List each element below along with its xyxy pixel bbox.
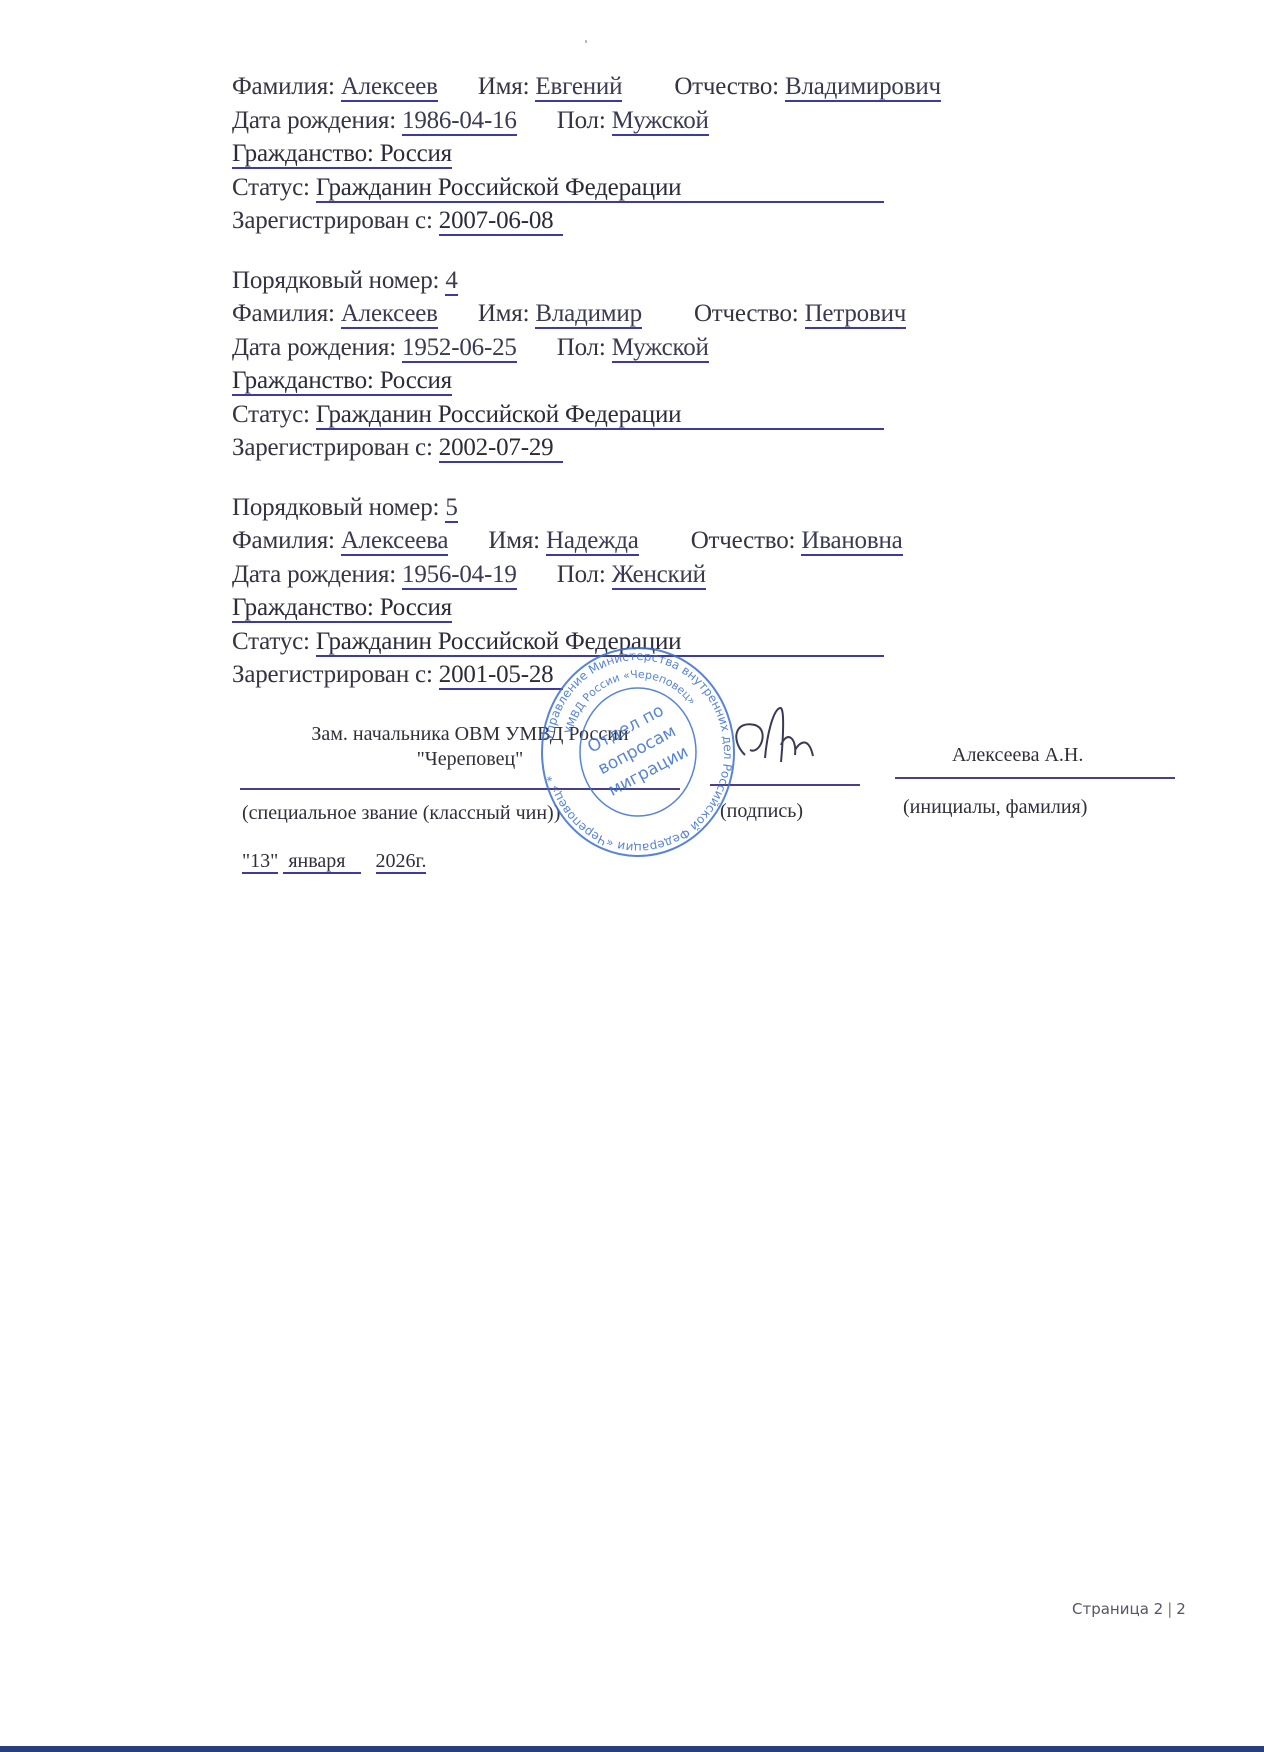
status-line: Статус: Гражданин Российской Федерации (232, 171, 1052, 205)
birth-line: Дата рождения: 1952-06-25 Пол: Мужской (232, 331, 1052, 365)
surname-label: Фамилия: (232, 300, 335, 327)
sex-value: Женский (612, 561, 706, 590)
name-line: Фамилия: Алексеев Имя: Владимир Отчество… (232, 297, 1052, 331)
number-line: Порядковый номер: 4 (232, 264, 1052, 298)
signature-icon (725, 700, 835, 780)
number-label: Порядковый номер: (232, 494, 439, 521)
sex-value: Мужской (612, 334, 709, 363)
status-label: Статус: (232, 628, 310, 655)
birth-line: Дата рождения: 1956-04-19 Пол: Женский (232, 558, 1052, 592)
surname-value: Алексеева (341, 527, 449, 556)
page-separator: | (1167, 1600, 1172, 1618)
page-number: Страница 2|2 (1072, 1600, 1186, 1618)
registered-value: 2002-07-29 (439, 435, 564, 463)
number-line: Порядковый номер: 5 (232, 491, 1052, 525)
patronymic-label: Отчество: (694, 300, 799, 327)
record-4: Порядковый номер: 4 Фамилия: Алексеев Им… (232, 264, 1052, 465)
number-value: 4 (445, 267, 457, 296)
birth-label: Дата рождения: (232, 334, 396, 361)
registered-value: 2007-06-08 (439, 208, 564, 236)
patronymic-value: Ивановна (801, 527, 902, 556)
sex-value: Мужской (612, 107, 709, 136)
records-list: Фамилия: Алексеев Имя: Евгений Отчество:… (232, 70, 1052, 718)
surname-label: Фамилия: (232, 73, 335, 100)
number-value: 5 (445, 494, 457, 523)
record-3: Фамилия: Алексеев Имя: Евгений Отчество:… (232, 70, 1052, 238)
status-line: Статус: Гражданин Российской Федерации (232, 398, 1052, 432)
patronymic-label: Отчество: (691, 527, 796, 554)
name-value: Владимир (535, 300, 641, 329)
name-value: Надежда (546, 527, 639, 556)
name-label: Имя: (478, 300, 530, 327)
date-month: января (283, 850, 360, 874)
birth-value: 1952-06-25 (402, 334, 517, 363)
surname-label: Фамилия: (232, 527, 335, 554)
patronymic-value: Петрович (805, 300, 907, 329)
patronymic-value: Владимирович (785, 73, 941, 102)
status-label: Статус: (232, 174, 310, 201)
status-value: Гражданин Российской Федерации (316, 175, 884, 203)
registered-line: Зарегистрирован с: 2002-07-29 (232, 431, 1052, 465)
signer-name: Алексеева А.Н. (952, 744, 1083, 767)
patronymic-label: Отчество: (674, 73, 779, 100)
citizenship-line: Гражданство: Россия (232, 591, 1052, 625)
registered-label: Зарегистрирован с: (232, 207, 433, 234)
citizenship-line: Гражданство: Россия (232, 364, 1052, 398)
date-year: 2026г. (376, 850, 427, 874)
caption-name: (инициалы, фамилия) (903, 796, 1087, 819)
scan-border (0, 1746, 1264, 1752)
citizenship-value: Гражданство: Россия (232, 140, 452, 169)
birth-label: Дата рождения: (232, 107, 396, 134)
name-label: Имя: (488, 527, 540, 554)
number-label: Порядковый номер: (232, 267, 439, 294)
birth-value: 1986-04-16 (402, 107, 517, 136)
name-line: Фамилия: Алексеев Имя: Евгений Отчество:… (232, 70, 1052, 104)
page-current: 2 (1154, 1600, 1164, 1618)
citizenship-line: Гражданство: Россия (232, 137, 1052, 171)
page-label: Страница (1072, 1600, 1149, 1618)
citizenship-value: Гражданство: Россия (232, 367, 452, 396)
registered-label: Зарегистрирован с: (232, 661, 433, 688)
document-date: "13" января 2026г. (242, 850, 426, 873)
sex-label: Пол: (557, 561, 606, 588)
date-day: "13" (242, 850, 278, 874)
status-value: Гражданин Российской Федерации (316, 402, 884, 430)
registered-label: Зарегистрирован с: (232, 434, 433, 461)
birth-value: 1956-04-19 (402, 561, 517, 590)
sex-label: Пол: (557, 334, 606, 361)
surname-value: Алексеев (341, 300, 438, 329)
page-total: 2 (1176, 1600, 1186, 1618)
birth-line: Дата рождения: 1986-04-16 Пол: Мужской (232, 104, 1052, 138)
sex-label: Пол: (557, 107, 606, 134)
scan-mark (585, 40, 587, 43)
citizenship-value: Гражданство: Россия (232, 594, 452, 623)
caption-position: (специальное звание (классный чин)) (242, 802, 560, 825)
name-value: Евгений (535, 73, 622, 102)
registered-line: Зарегистрирован с: 2007-06-08 (232, 204, 1052, 238)
status-label: Статус: (232, 401, 310, 428)
name-underline (895, 777, 1175, 779)
name-line: Фамилия: Алексеева Имя: Надежда Отчество… (232, 524, 1052, 558)
surname-value: Алексеев (341, 73, 438, 102)
name-label: Имя: (478, 73, 530, 100)
birth-label: Дата рождения: (232, 561, 396, 588)
official-stamp-icon: Управление Министерства внутренних дел Р… (538, 643, 738, 861)
